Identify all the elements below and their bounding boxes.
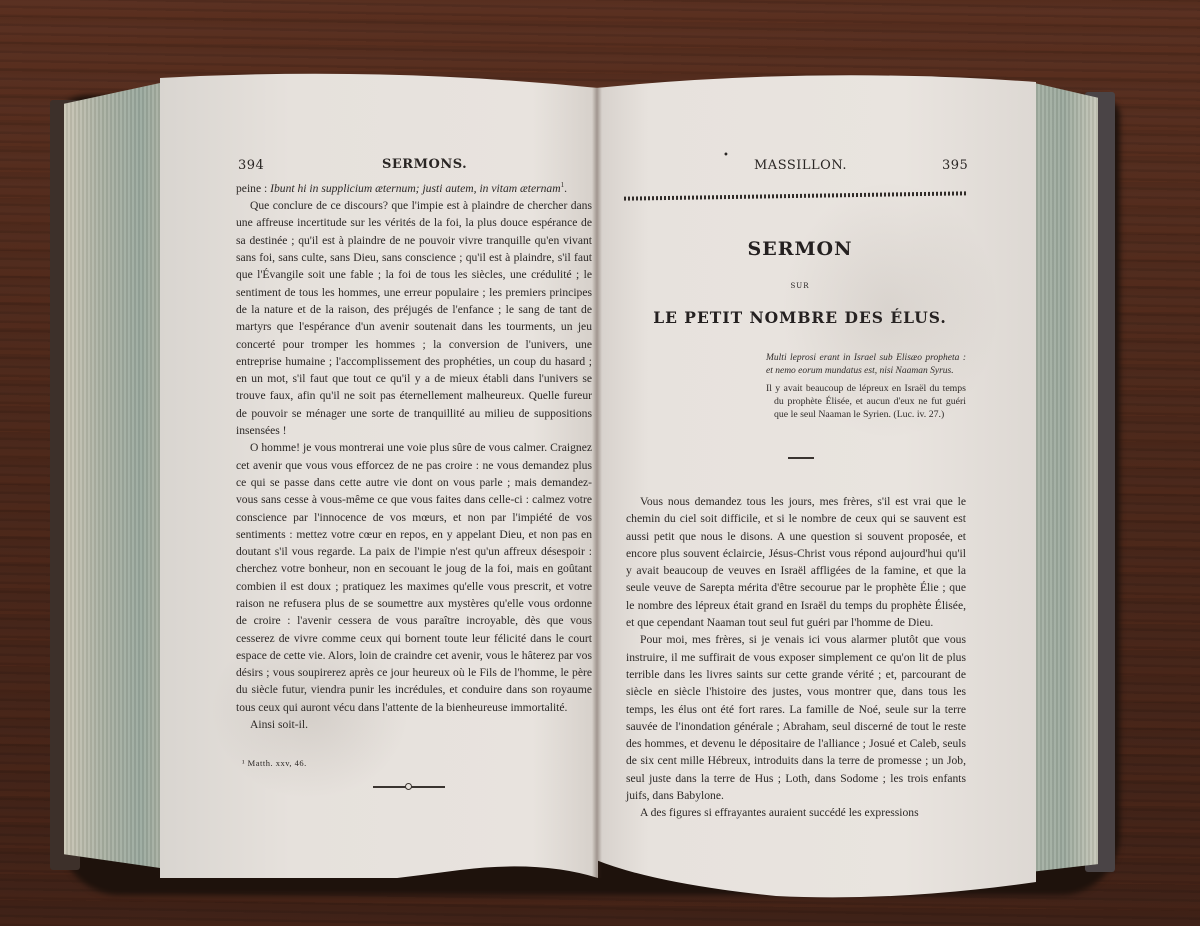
epigraph: Multi leprosi erant in Israel sub Elisæo… — [766, 352, 966, 421]
ink-speck: • — [723, 150, 729, 161]
paragraph: peine : Ibunt hi in supplicium æternum; … — [236, 177, 592, 197]
right-page-body: Vous nous demandez tous les jours, mes f… — [626, 493, 966, 822]
page-number-right: 395 — [942, 158, 968, 173]
book-gutter — [592, 88, 602, 878]
text-run: . — [564, 182, 567, 195]
sermon-subtitle: LE PETIT NOMBRE DES ÉLUS. — [580, 308, 1020, 327]
end-ornament-dot — [405, 783, 412, 790]
epigraph-french: Il y avait beaucoup de lépreux en Israël… — [766, 382, 966, 421]
paragraph: Vous nous demandez tous les jours, mes f… — [626, 493, 966, 631]
epigraph-latin: Multi leprosi erant in Israel sub Elisæo… — [766, 352, 966, 378]
latin-quote: Ibunt hi in supplicium æternum; justi au… — [270, 182, 560, 195]
paragraph: Pour moi, mes frères, si je venais ici v… — [626, 631, 966, 804]
text-run: peine : — [236, 182, 270, 195]
page-number-left: 394 — [238, 158, 264, 173]
paragraph: Que conclure de ce discours? que l'impie… — [236, 197, 592, 439]
page-edges-left-marbled — [64, 80, 174, 870]
sermon-subtitle-sur: SUR — [580, 282, 1020, 290]
right-page[interactable]: • MASSILLON. 395 SERMON SUR LE PETIT NOM… — [596, 72, 1036, 902]
paragraph: A des figures si effrayantes auraient su… — [626, 804, 966, 821]
running-head-right: MASSILLON. — [754, 158, 847, 173]
paragraph: Ainsi soit-il. — [236, 716, 592, 733]
left-page-body: peine : Ibunt hi in supplicium æternum; … — [236, 177, 592, 733]
decorative-wavy-rule — [624, 191, 966, 200]
running-head-left: SERMONS. — [382, 157, 467, 172]
sermon-title: SERMON — [580, 238, 1020, 260]
left-page[interactable]: 394 SERMONS. peine : Ibunt hi in supplic… — [160, 70, 598, 878]
paragraph: O homme! je vous montrerai une voie plus… — [236, 439, 592, 716]
footnote: ¹ Matth. xxv, 46. — [242, 758, 307, 768]
short-rule — [788, 457, 814, 459]
page-edges-right-marbled — [1030, 82, 1098, 872]
